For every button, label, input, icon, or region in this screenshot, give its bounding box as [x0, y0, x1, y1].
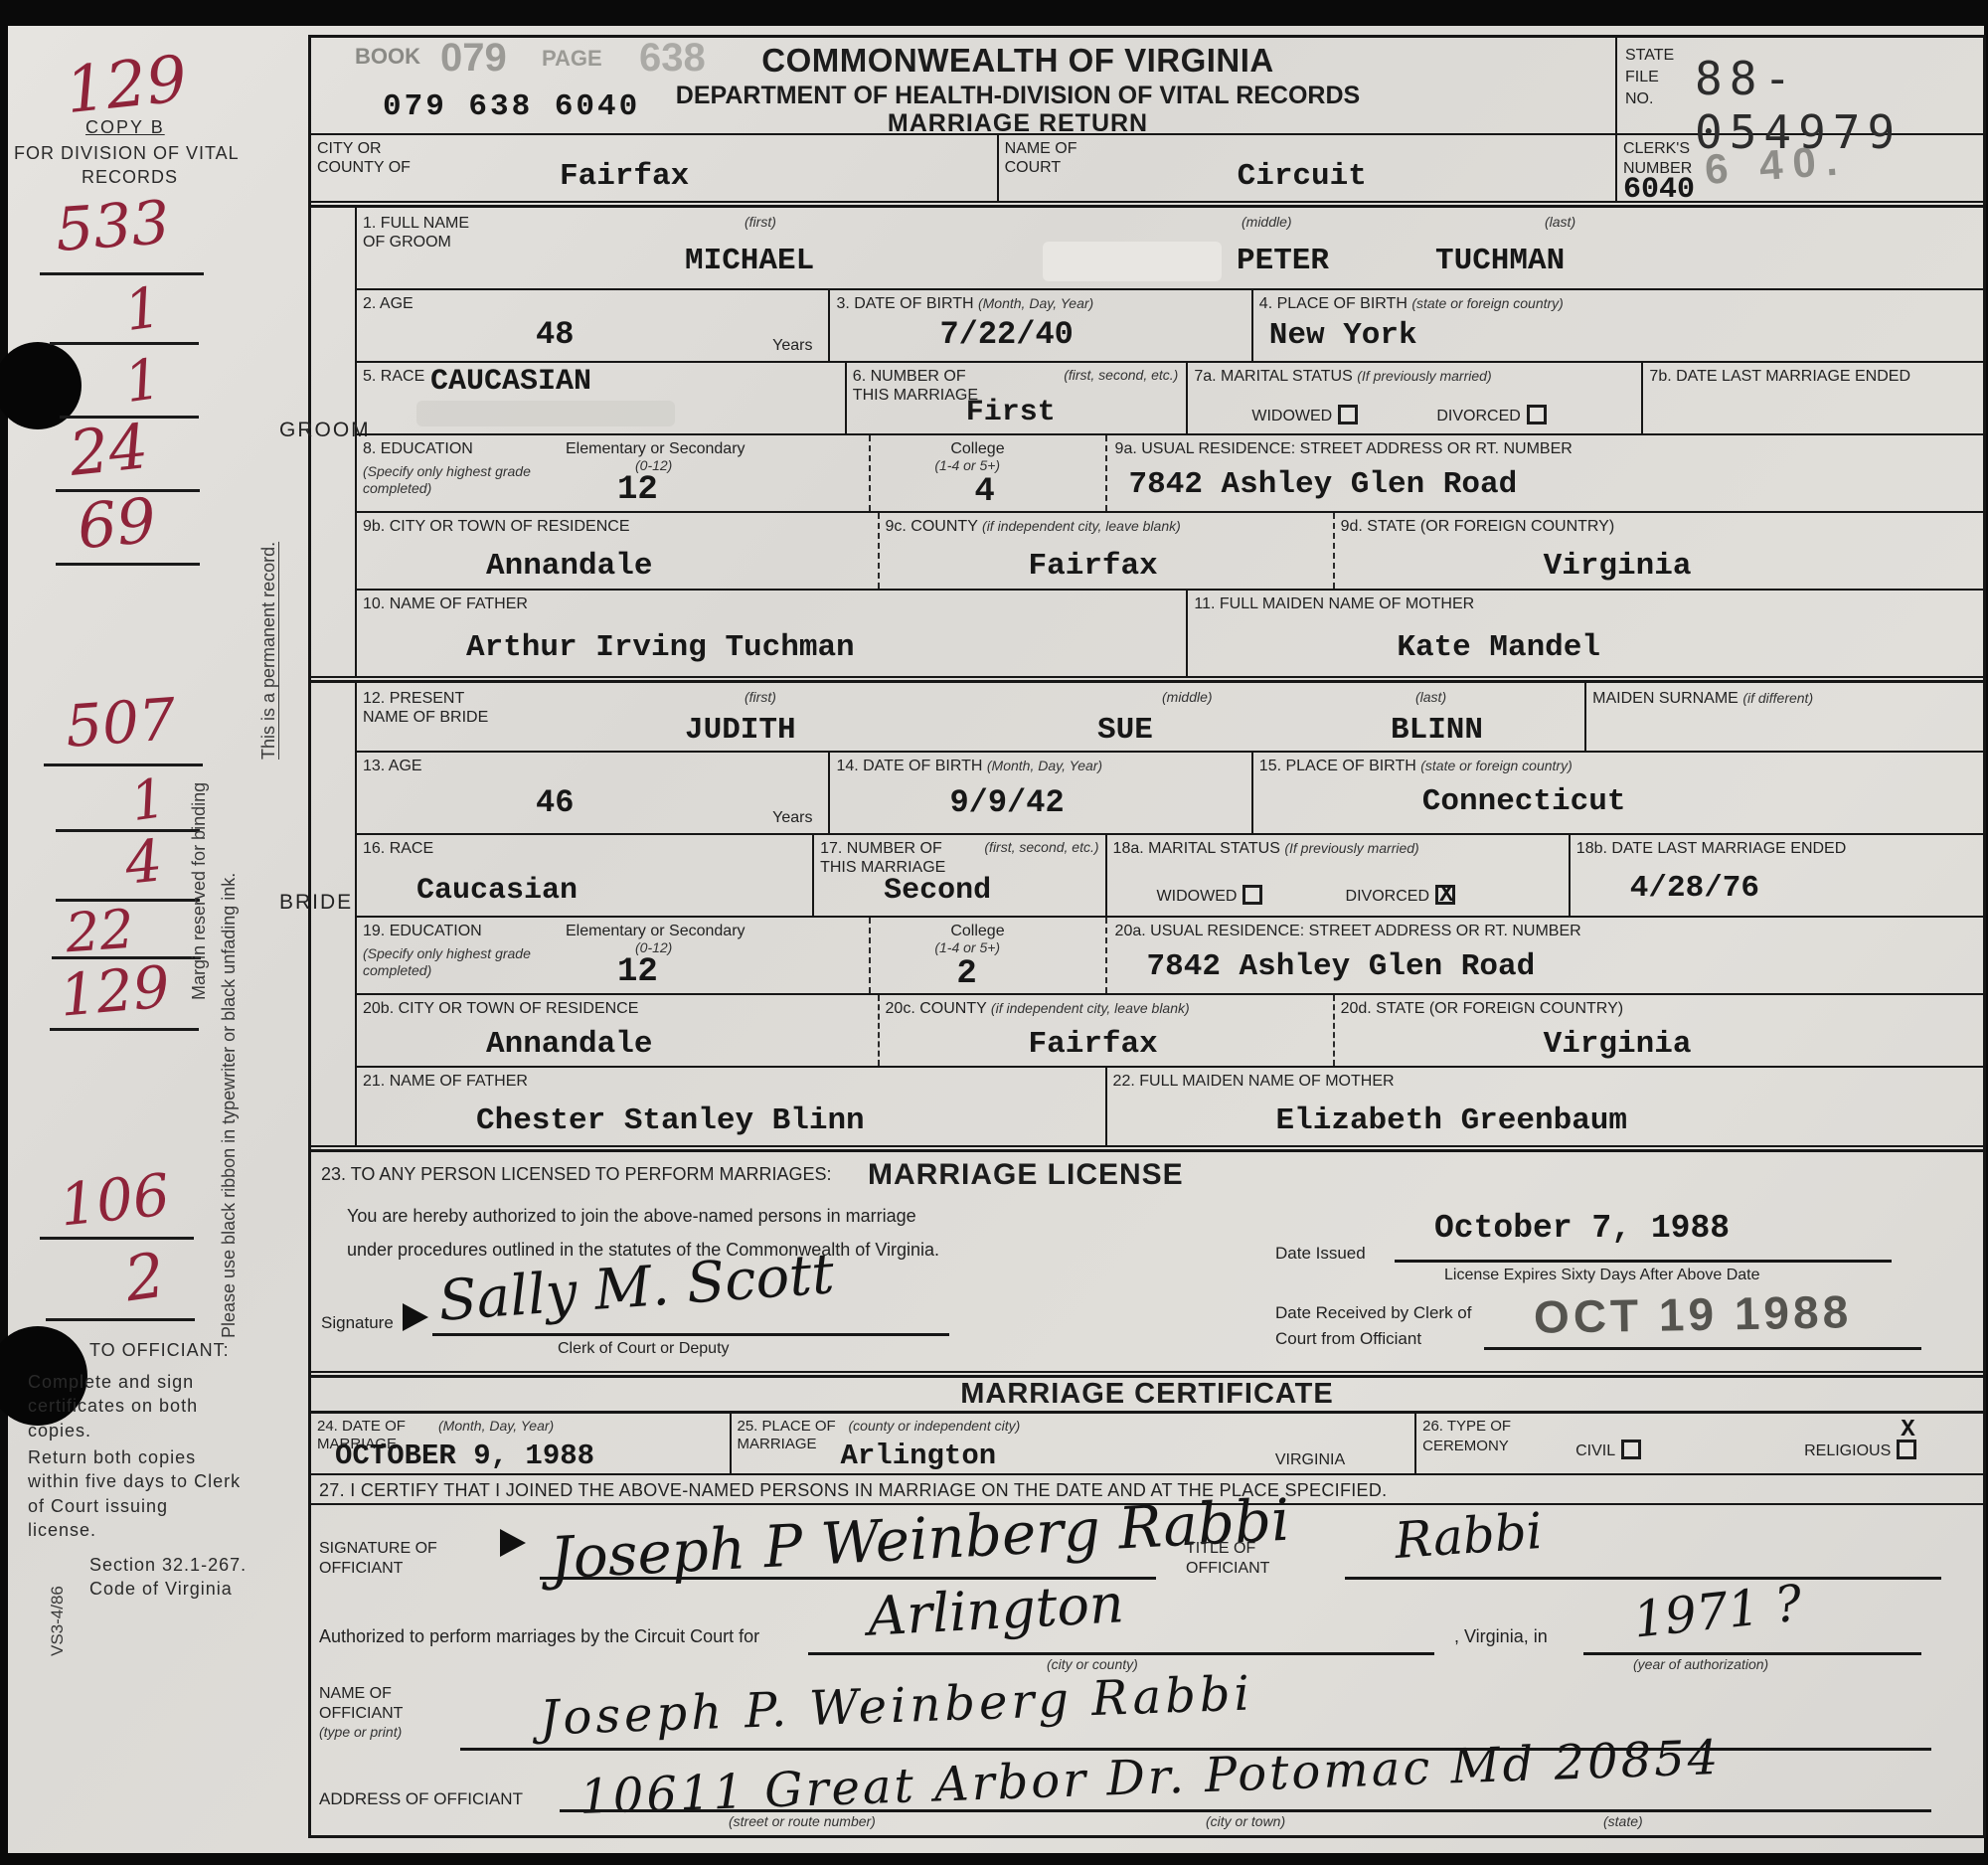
margin-number: 24: [67, 416, 151, 485]
state-file-label: STATE: [1625, 46, 1674, 65]
maiden-surname-cell: MAIDEN SURNAME (if different): [1584, 683, 1983, 751]
margin-rule: [46, 1318, 195, 1321]
margin-number: 1: [127, 771, 169, 829]
bride-education-sub: (Specify only highest grade completed): [363, 945, 532, 979]
expires-note: License Expires Sixty Days After Above D…: [1444, 1266, 1759, 1284]
groom-education-cell: 8. EDUCATION (Specify only highest grade…: [357, 435, 869, 511]
section-ref-line1: Section 32.1-267.: [89, 1555, 247, 1576]
officiant-signature-label: SIGNATURE OF: [319, 1539, 437, 1558]
bride-city-row: 20b. CITY OR TOWN OF RESIDENCE Annandale…: [357, 995, 1983, 1068]
authorized-label: Authorized to perform marriages by the C…: [319, 1626, 759, 1648]
received-label: Date Received by Clerk of: [1275, 1303, 1471, 1323]
bride-elementary-value: 12: [617, 953, 658, 991]
ceremony-label: CEREMONY: [1422, 1438, 1509, 1455]
copy-for-line2: RECORDS: [82, 167, 178, 188]
officiant-title-value: Rabbi: [1393, 1502, 1544, 1570]
authorized-year-rule: [1583, 1652, 1921, 1655]
groom-last-marriage-label: 7b. DATE LAST MARRIAGE ENDED: [1649, 367, 1967, 386]
groom-age-label: 2. AGE: [363, 294, 414, 313]
officiant-title-rule: [1345, 1577, 1941, 1580]
bride-widowed: WIDOWED: [1157, 885, 1263, 906]
form-header: BOOK 079 PAGE 638 079 638 6040 COMMONWEA…: [311, 38, 1983, 135]
bride-mother-value: Elizabeth Greenbaum: [1276, 1103, 1627, 1138]
smudge-mark: [416, 401, 675, 426]
groom-city-row: 9b. CITY OR TOWN OF RESIDENCE Annandale …: [357, 513, 1983, 591]
vertical-note-ribbon: Please use black ribbon in typewriter or…: [219, 583, 240, 1338]
groom-race-label: 5. RACE: [363, 367, 424, 386]
bride-middle-name: SUE: [1097, 713, 1153, 748]
groom-mother-value: Kate Mandel: [1397, 630, 1600, 665]
college-label: College: [950, 439, 1004, 458]
first-label: (first): [745, 214, 776, 231]
date-issued-rule: [1395, 1260, 1892, 1263]
license-item-label: 23. TO ANY PERSON LICENSED TO PERFORM MA…: [321, 1164, 831, 1186]
margin-rule: [44, 763, 203, 766]
vertical-note-permanent: This is a permanent record.: [258, 402, 279, 760]
margin-rule: [56, 563, 200, 566]
address-state-sub: (state): [1603, 1813, 1643, 1830]
bride-education-label: 19. EDUCATION: [363, 922, 482, 940]
bride-education-row: 19. EDUCATION (Specify only highest grad…: [357, 918, 1983, 995]
groom-education-row: 8. EDUCATION (Specify only highest grade…: [357, 435, 1983, 513]
marriage-return-form: BOOK 079 PAGE 638 079 638 6040 COMMONWEA…: [308, 35, 1986, 1838]
years-label: Years: [772, 808, 812, 827]
state-file-label: FILE: [1625, 68, 1659, 86]
groom-city-value: Annandale: [486, 549, 652, 584]
city-county-value: Fairfax: [560, 159, 689, 194]
widowed-checkbox: [1242, 885, 1262, 905]
received-label: Court from Officiant: [1275, 1329, 1421, 1349]
date-received-stamp: OCT 19 1988: [1534, 1284, 1853, 1344]
groom-city-cell: 9b. CITY OR TOWN OF RESIDENCE Annandale: [357, 513, 878, 589]
bride-state-cell: 20d. STATE (OR FOREIGN COUNTRY) Virginia: [1333, 995, 1983, 1066]
clerk-number-value: 6040: [1623, 173, 1695, 207]
civil-option: CIVIL: [1575, 1440, 1641, 1460]
groom-residence-cell: 9a. USUAL RESIDENCE: STREET ADDRESS OR R…: [1105, 435, 1983, 511]
bride-parents-row: 21. NAME OF FATHER Chester Stanley Blinn…: [357, 1068, 1983, 1145]
officiant-name-label: NAME OF: [319, 1684, 392, 1703]
bride-divorced: DIVORCEDX: [1346, 885, 1455, 906]
bride-education-cell: 19. EDUCATION (Specify only highest grad…: [357, 918, 869, 993]
bride-mother-label: 22. FULL MAIDEN NAME OF MOTHER: [1113, 1072, 1395, 1091]
bride-county-value: Fairfax: [1029, 1027, 1158, 1062]
groom-residence-label: 9a. USUAL RESIDENCE: STREET ADDRESS OR R…: [1115, 439, 1573, 458]
bride-pob-cell: 15. PLACE OF BIRTH (state or foreign cou…: [1251, 753, 1983, 833]
groom-marital-cell: 7a. MARITAL STATUS (If previously marrie…: [1186, 363, 1641, 433]
marriage-place-sub: (county or independent city): [849, 1418, 1021, 1435]
groom-education-sub: (Specify only highest grade completed): [363, 463, 532, 497]
groom-college-cell: College (1-4 or 5+) 4: [869, 435, 1104, 511]
authorized-place-rule: [808, 1652, 1434, 1655]
margin-number: 1: [121, 280, 164, 340]
groom-last-name: TUCHMAN: [1435, 244, 1565, 278]
bride-marital-label: 18a. MARITAL STATUS (If previously marri…: [1113, 839, 1419, 858]
bride-strip: BRIDE: [311, 683, 357, 1145]
ceremony-type-cell: 26. TYPE OF CEREMONY CIVIL RELIGIOUSX: [1414, 1414, 1983, 1473]
bride-marriage-no-cell: 17. NUMBER OF THIS MARRIAGE (first, seco…: [812, 835, 1104, 916]
last-label: (last): [1545, 214, 1575, 231]
groom-father-value: Arthur Irving Tuchman: [466, 630, 855, 665]
groom-father-cell: 10. NAME OF FATHER Arthur Irving Tuchman: [357, 591, 1186, 676]
bride-state-value: Virginia: [1544, 1027, 1692, 1062]
bride-residence-cell: 20a. USUAL RESIDENCE: STREET ADDRESS OR …: [1105, 918, 1983, 993]
license-title: MARRIAGE LICENSE: [868, 1158, 1184, 1192]
authorized-place: Arlington: [867, 1572, 1126, 1647]
margin-number: 129: [63, 48, 190, 123]
margin-number: 22: [64, 903, 135, 961]
groom-marriage-no-value: First: [966, 396, 1056, 429]
officiant-title-label: OFFICIANT: [1186, 1559, 1269, 1578]
authorized-year-sub: (year of authorization): [1633, 1656, 1768, 1673]
margin-number: 1: [121, 352, 164, 412]
groom-pob-label: 4. PLACE OF BIRTH (state or foreign coun…: [1259, 294, 1564, 313]
bride-pob-value: Connecticut: [1422, 784, 1626, 819]
bride-age-cell: 13. AGE 46 Years: [357, 753, 828, 833]
state-file-label: NO.: [1625, 89, 1653, 108]
bride-first-name: JUDITH: [685, 713, 796, 748]
margin-number: 106: [57, 1165, 172, 1234]
signature-arrow-icon: [403, 1303, 428, 1331]
groom-pob-value: New York: [1269, 318, 1417, 353]
college-sub: (1-4 or 5+): [934, 457, 1000, 474]
marriage-license-section: 23. TO ANY PERSON LICENSED TO PERFORM MA…: [311, 1152, 1983, 1373]
marriage-date-sub: (Month, Day, Year): [438, 1418, 554, 1435]
college-label: College: [950, 922, 1004, 940]
groom-marriage-no-sub: (first, second, etc.): [1064, 367, 1178, 384]
groom-last-marriage-cell: 7b. DATE LAST MARRIAGE ENDED: [1641, 363, 1983, 433]
margin-number: 69: [75, 490, 158, 559]
middle-label: (middle): [1242, 214, 1292, 231]
officiant-address-label: ADDRESS OF OFFICIANT: [319, 1789, 523, 1809]
to-officiant-para2: Return both copies within five days to C…: [28, 1445, 242, 1542]
bride-race-row: 16. RACE Caucasian 17. NUMBER OF THIS MA…: [357, 835, 1983, 918]
vertical-note-binding: Margin reserved for binding: [189, 583, 210, 1000]
groom-city-label: 9b. CITY OR TOWN OF RESIDENCE: [363, 517, 630, 536]
license-signature-label: Signature: [321, 1313, 394, 1333]
bride-father-label: 21. NAME OF FATHER: [363, 1072, 528, 1091]
margin-number: 2: [121, 1245, 169, 1311]
state-file-box: STATE FILE NO. 88-054979: [1615, 38, 1983, 133]
groom-marriage-no-cell: 6. NUMBER OF THIS MARRIAGE (first, secon…: [845, 363, 1187, 433]
groom-mother-label: 11. FULL MAIDEN NAME OF MOTHER: [1194, 594, 1474, 613]
margin-rule: [50, 342, 199, 345]
clerk-number-label: CLERK'S: [1623, 139, 1690, 158]
college-sub: (1-4 or 5+): [934, 939, 1000, 956]
bride-city-value: Annandale: [486, 1027, 652, 1062]
margin-number: 507: [64, 690, 177, 756]
groom-state-label: 9d. STATE (OR FOREIGN COUNTRY): [1341, 517, 1615, 536]
groom-state-cell: 9d. STATE (OR FOREIGN COUNTRY) Virginia: [1333, 513, 1983, 589]
whiteout-patch: [1043, 242, 1222, 281]
copy-for-line1: FOR DIVISION OF VITAL: [14, 143, 240, 164]
address-street-sub: (street or route number): [729, 1813, 876, 1830]
groom-county-label: 9c. COUNTY (if independent city, leave b…: [886, 517, 1181, 536]
date-issued-value: October 7, 1988: [1434, 1210, 1730, 1247]
marriage-date-value: OCTOBER 9, 1988: [335, 1440, 594, 1472]
bride-residence-value: 7842 Ashley Glen Road: [1147, 949, 1536, 984]
paper: 129 COPY B FOR DIVISION OF VITAL RECORDS…: [8, 26, 1984, 1853]
officiant-signature-row: SIGNATURE OF OFFICIANT Joseph P Weinberg…: [311, 1505, 1983, 1593]
margin-number: 4: [122, 831, 165, 893]
last-label: (last): [1415, 689, 1446, 706]
court-value: Circuit: [1238, 159, 1367, 194]
bride-marriage-no-sub: (first, second, etc.): [984, 839, 1098, 856]
bride-college-cell: College (1-4 or 5+) 2: [869, 918, 1104, 993]
officiant-address-row: ADDRESS OF OFFICIANT 10611 Great Arbor D…: [311, 1766, 1983, 1835]
bride-age-value: 46: [536, 784, 574, 821]
to-officiant-title: TO OFFICIANT:: [89, 1340, 230, 1361]
bride-race-cell: 16. RACE Caucasian: [357, 835, 812, 916]
margin-number: 129: [58, 957, 172, 1024]
groom-dob-value: 7/22/40: [939, 316, 1073, 353]
bride-city-label: 20b. CITY OR TOWN OF RESIDENCE: [363, 999, 638, 1018]
bride-name-row: 12. PRESENT NAME OF BRIDE (first) (middl…: [357, 683, 1983, 753]
margin-rule: [50, 1028, 199, 1031]
bride-last-marriage-cell: 18b. DATE LAST MARRIAGE ENDED 4/28/76: [1569, 835, 1983, 916]
to-officiant-para1: Complete and sign certificates on both c…: [28, 1370, 242, 1442]
license-body-line1: You are hereby authorized to join the ab…: [347, 1206, 916, 1228]
bride-father-value: Chester Stanley Blinn: [476, 1103, 865, 1138]
date-received-rule: [1484, 1347, 1921, 1350]
bride-race-label: 16. RACE: [363, 839, 433, 858]
bride-dob-cell: 14. DATE OF BIRTH (Month, Day, Year) 9/9…: [828, 753, 1250, 833]
groom-marital-label: 7a. MARITAL STATUS (If previously marrie…: [1194, 367, 1491, 386]
groom-name-row: 1. FULL NAME OF GROOM (first) (middle) (…: [357, 208, 1983, 290]
elementary-label: Elementary or Secondary: [566, 439, 745, 458]
groom-section: GROOM 1. FULL NAME OF GROOM (first) (mid…: [311, 208, 1983, 678]
maiden-surname-label: MAIDEN SURNAME (if different): [1592, 689, 1813, 708]
clerk-of-court-label: Clerk of Court or Deputy: [558, 1339, 730, 1358]
groom-residence-value: 7842 Ashley Glen Road: [1129, 467, 1518, 502]
officiant-signature-label: OFFICIANT: [319, 1559, 403, 1578]
form-title: COMMONWEALTH OF VIRGINIA: [430, 42, 1605, 80]
groom-education-label: 8. EDUCATION: [363, 439, 473, 458]
bride-father-cell: 21. NAME OF FATHER Chester Stanley Blinn: [357, 1068, 1105, 1145]
bride-marriage-no-value: Second: [884, 874, 991, 908]
officiant-address-rule: [560, 1809, 1931, 1812]
civil-checkbox: [1621, 1440, 1641, 1459]
religious-option: RELIGIOUSX: [1804, 1440, 1916, 1460]
bride-residence-label: 20a. USUAL RESIDENCE: STREET ADDRESS OR …: [1115, 922, 1581, 940]
certificate-row: 24. DATE OF MARRIAGE (Month, Day, Year) …: [311, 1414, 1983, 1475]
signature-rule: [432, 1333, 949, 1336]
bride-city-cell: 20b. CITY OR TOWN OF RESIDENCE Annandale: [357, 995, 878, 1066]
groom-race-value: CAUCASIAN: [430, 365, 591, 399]
copy-label: COPY B: [85, 117, 165, 138]
bride-birth-row: 13. AGE 46 Years 14. DATE OF BIRTH (Mont…: [357, 753, 1983, 835]
religious-checkbox: X: [1897, 1440, 1916, 1459]
date-issued-label: Date Issued: [1275, 1244, 1366, 1264]
divorced-checkbox: [1527, 405, 1547, 424]
groom-dob-label: 3. DATE OF BIRTH (Month, Day, Year): [836, 294, 1093, 313]
form-code: VS3-4/86: [48, 1537, 68, 1656]
groom-divorced: DIVORCED: [1436, 405, 1546, 425]
divorced-check-mark: X: [1439, 882, 1453, 911]
bride-state-label: 20d. STATE (OR FOREIGN COUNTRY): [1341, 999, 1623, 1018]
scanned-marriage-return: 129 COPY B FOR DIVISION OF VITAL RECORDS…: [0, 0, 1988, 1865]
bride-race-value: Caucasian: [416, 874, 578, 908]
bride-marital-cell: 18a. MARITAL STATUS (If previously marri…: [1105, 835, 1569, 916]
certificate-title: MARRIAGE CERTIFICATE: [960, 1378, 1334, 1410]
bride-pob-label: 15. PLACE OF BIRTH (state or foreign cou…: [1259, 757, 1573, 775]
middle-label: (middle): [1162, 689, 1213, 706]
groom-widowed: WIDOWED: [1251, 405, 1358, 425]
clerk-number-cell: CLERK'S NUMBER 6040 6 40.: [1615, 135, 1983, 201]
bride-section-label: BRIDE: [279, 891, 353, 915]
bride-age-label: 13. AGE: [363, 757, 422, 775]
religious-check-mark: X: [1901, 1417, 1914, 1445]
signature-arrow-icon: [500, 1529, 526, 1557]
groom-dob-cell: 3. DATE OF BIRTH (Month, Day, Year) 7/22…: [828, 290, 1250, 361]
bride-marriage-no-label: 17. NUMBER OF THIS MARRIAGE: [820, 839, 959, 877]
authorization-row: Authorized to perform marriages by the C…: [311, 1593, 1983, 1678]
bride-section: BRIDE 12. PRESENT NAME OF BRIDE (first) …: [311, 683, 1983, 1147]
groom-county-value: Fairfax: [1029, 549, 1158, 584]
address-city-sub: (city or town): [1206, 1813, 1285, 1830]
groom-pob-cell: 4. PLACE OF BIRTH (state or foreign coun…: [1251, 290, 1983, 361]
groom-father-label: 10. NAME OF FATHER: [363, 594, 528, 613]
groom-age-value: 48: [536, 316, 574, 353]
bride-county-label: 20c. COUNTY (if independent city, leave …: [886, 999, 1190, 1018]
marriage-place-cell: 25. PLACE OF MARRIAGE (county or indepen…: [730, 1414, 1415, 1473]
court-label: NAME OF COURT: [1005, 139, 1094, 177]
marriage-date-cell: 24. DATE OF MARRIAGE (Month, Day, Year) …: [311, 1414, 730, 1473]
bride-name-cell: 12. PRESENT NAME OF BRIDE (first) (middl…: [357, 683, 1584, 751]
elementary-label: Elementary or Secondary: [566, 922, 745, 940]
years-label: Years: [772, 336, 812, 355]
form-subtitle: DEPARTMENT OF HEALTH-DIVISION OF VITAL R…: [430, 82, 1605, 110]
section-ref-line2: Code of Virginia: [89, 1579, 233, 1600]
court-cell: NAME OF COURT Circuit: [997, 135, 1615, 201]
bride-last-marriage-label: 18b. DATE LAST MARRIAGE ENDED: [1576, 839, 1914, 858]
groom-race-cell: 5. RACE CAUCASIAN: [357, 363, 845, 433]
bride-mother-cell: 22. FULL MAIDEN NAME OF MOTHER Elizabeth…: [1105, 1068, 1983, 1145]
margin-rule: [40, 1237, 194, 1240]
first-label: (first): [745, 689, 776, 706]
groom-race-row: 5. RACE CAUCASIAN 6. NUMBER OF THIS MARR…: [357, 363, 1983, 435]
groom-elementary-value: 12: [617, 471, 658, 509]
groom-age-cell: 2. AGE 48 Years: [357, 290, 828, 361]
bride-dob-value: 9/9/42: [949, 784, 1064, 821]
book-stamp-label: BOOK: [355, 44, 420, 70]
form-name: MARRIAGE RETURN: [430, 109, 1605, 138]
groom-middle-name: PETER: [1237, 244, 1329, 278]
groom-name-label: 1. FULL NAME OF GROOM: [363, 214, 492, 252]
officiant-title-label: TITLE OF: [1186, 1539, 1255, 1558]
margin-number: 533: [54, 193, 171, 260]
divorced-checkbox: X: [1435, 885, 1455, 905]
authorized-state-label: , Virginia, in: [1454, 1626, 1548, 1648]
bride-name-label: 12. PRESENT NAME OF BRIDE: [363, 689, 502, 727]
marriage-place-value: Arlington: [841, 1440, 997, 1472]
officiant-name-label: OFFICIANT: [319, 1704, 403, 1723]
bride-last-marriage-value: 4/28/76: [1630, 871, 1759, 906]
city-county-label: CITY OR COUNTY OF: [317, 139, 436, 177]
city-county-cell: CITY OR COUNTY OF Fairfax: [311, 135, 997, 201]
court-row: CITY OR COUNTY OF Fairfax NAME OF COURT …: [311, 135, 1983, 203]
groom-first-name: MICHAEL: [685, 244, 814, 278]
bride-college-value: 2: [956, 955, 976, 993]
certificate-title-bar: MARRIAGE CERTIFICATE: [311, 1378, 1983, 1414]
bride-last-name: BLINN: [1391, 713, 1483, 748]
bride-county-cell: 20c. COUNTY (if independent city, leave …: [878, 995, 1333, 1066]
groom-marriage-no-label: 6. NUMBER OF THIS MARRIAGE: [853, 367, 982, 405]
groom-state-value: Virginia: [1544, 549, 1692, 584]
groom-birth-row: 2. AGE 48 Years 3. DATE OF BIRTH (Month,…: [357, 290, 1983, 363]
bride-dob-label: 14. DATE OF BIRTH (Month, Day, Year): [836, 757, 1102, 775]
groom-mother-cell: 11. FULL MAIDEN NAME OF MOTHER Kate Mand…: [1186, 591, 1983, 676]
officiant-name-sub: (type or print): [319, 1724, 402, 1741]
groom-parents-row: 10. NAME OF FATHER Arthur Irving Tuchman…: [357, 591, 1983, 676]
marriage-place-label: 25. PLACE OF MARRIAGE: [738, 1418, 837, 1453]
margin-rule: [40, 272, 204, 275]
groom-county-cell: 9c. COUNTY (if independent city, leave b…: [878, 513, 1333, 589]
ceremony-label: 26. TYPE OF: [1422, 1418, 1511, 1436]
marriage-place-state: VIRGINIA: [1275, 1450, 1345, 1469]
officiant-name-value: Joseph P. Weinberg Rabbi: [539, 1665, 1254, 1746]
clerk-number-stamp: 6 40.: [1703, 136, 1848, 194]
groom-strip: GROOM: [311, 208, 357, 676]
groom-college-value: 4: [974, 473, 994, 511]
widowed-checkbox: [1338, 405, 1358, 424]
